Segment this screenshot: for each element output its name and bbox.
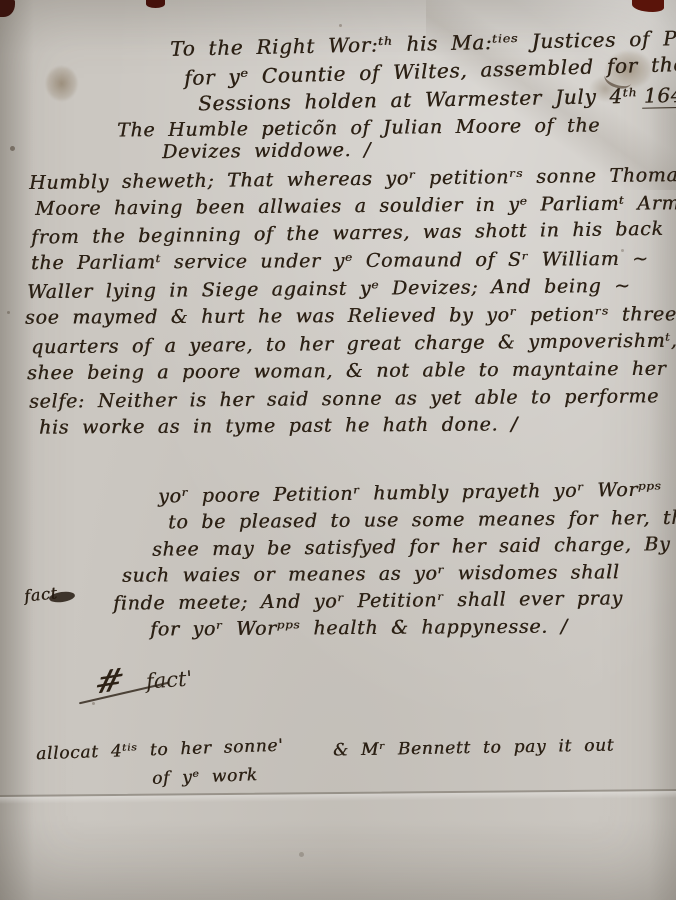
body-line: Waller lying in Siege against yᵉ Devizes… (27, 275, 631, 303)
body-line: soe maymed & hurt he was Relieved by yoʳ… (25, 303, 676, 328)
allocation-payee-note: & Mʳ Bennett to pay it out (333, 736, 615, 761)
ink-specks (0, 0, 3, 3)
prayer-line: such waies or meanes as yoʳ wisdomes sha… (122, 561, 620, 586)
prayer-line: shee may be satisfyed for her said charg… (152, 533, 671, 560)
body-line: selfe: Neither is her said sonne as yet … (29, 385, 659, 412)
allocation-note: allocat 4ᵗⁱˢ to her sonne' (36, 736, 284, 765)
prayer-line: for yoʳ Worᵖᵖˢ health & happynesse. / (150, 616, 568, 641)
body-line: Moore having been allwaies a souldier in… (35, 192, 676, 220)
subheading-line: Devizes widdowe. / (162, 139, 371, 163)
heading-line-text: Sessions holden at Warmester July 4ᵗʰ (198, 84, 638, 116)
allocation-note: of yᵉ work (152, 765, 258, 789)
left-edge-stain (40, 60, 88, 116)
body-line: from the beginning of the warres, was sh… (31, 217, 676, 248)
manuscript-page: To the Right Wor:ᵗʰ his Ma:ᵗⁱᵉˢ Justices… (0, 0, 676, 900)
clerk-note: fact' (145, 666, 193, 693)
top-edge-mark (146, 0, 165, 8)
body-line: the Parliamᵗ service under yᵉ Comaund of… (31, 248, 649, 274)
prayer-line: yoʳ poore Petitionʳ humbly prayeth yoʳ W… (158, 478, 662, 507)
prayer-line: to be pleased to use some meanes for her… (168, 507, 676, 534)
body-line: Humbly sheweth; That whereas yoʳ petitio… (29, 164, 676, 194)
prayer-line: finde meete; And yoʳ Petitionʳ shall eve… (113, 587, 623, 614)
subheading-line: The Humble peticõn of Julian Moore of th… (117, 114, 600, 141)
body-line: his worke as in tyme past he hath done. … (39, 413, 518, 438)
body-line: shee being a poore woman, & not able to … (27, 358, 667, 384)
heading-year: 1648. (642, 83, 676, 109)
corner-stain-top-right (632, 0, 664, 12)
body-line: quarters of a yeare, to her great charge… (31, 330, 676, 359)
